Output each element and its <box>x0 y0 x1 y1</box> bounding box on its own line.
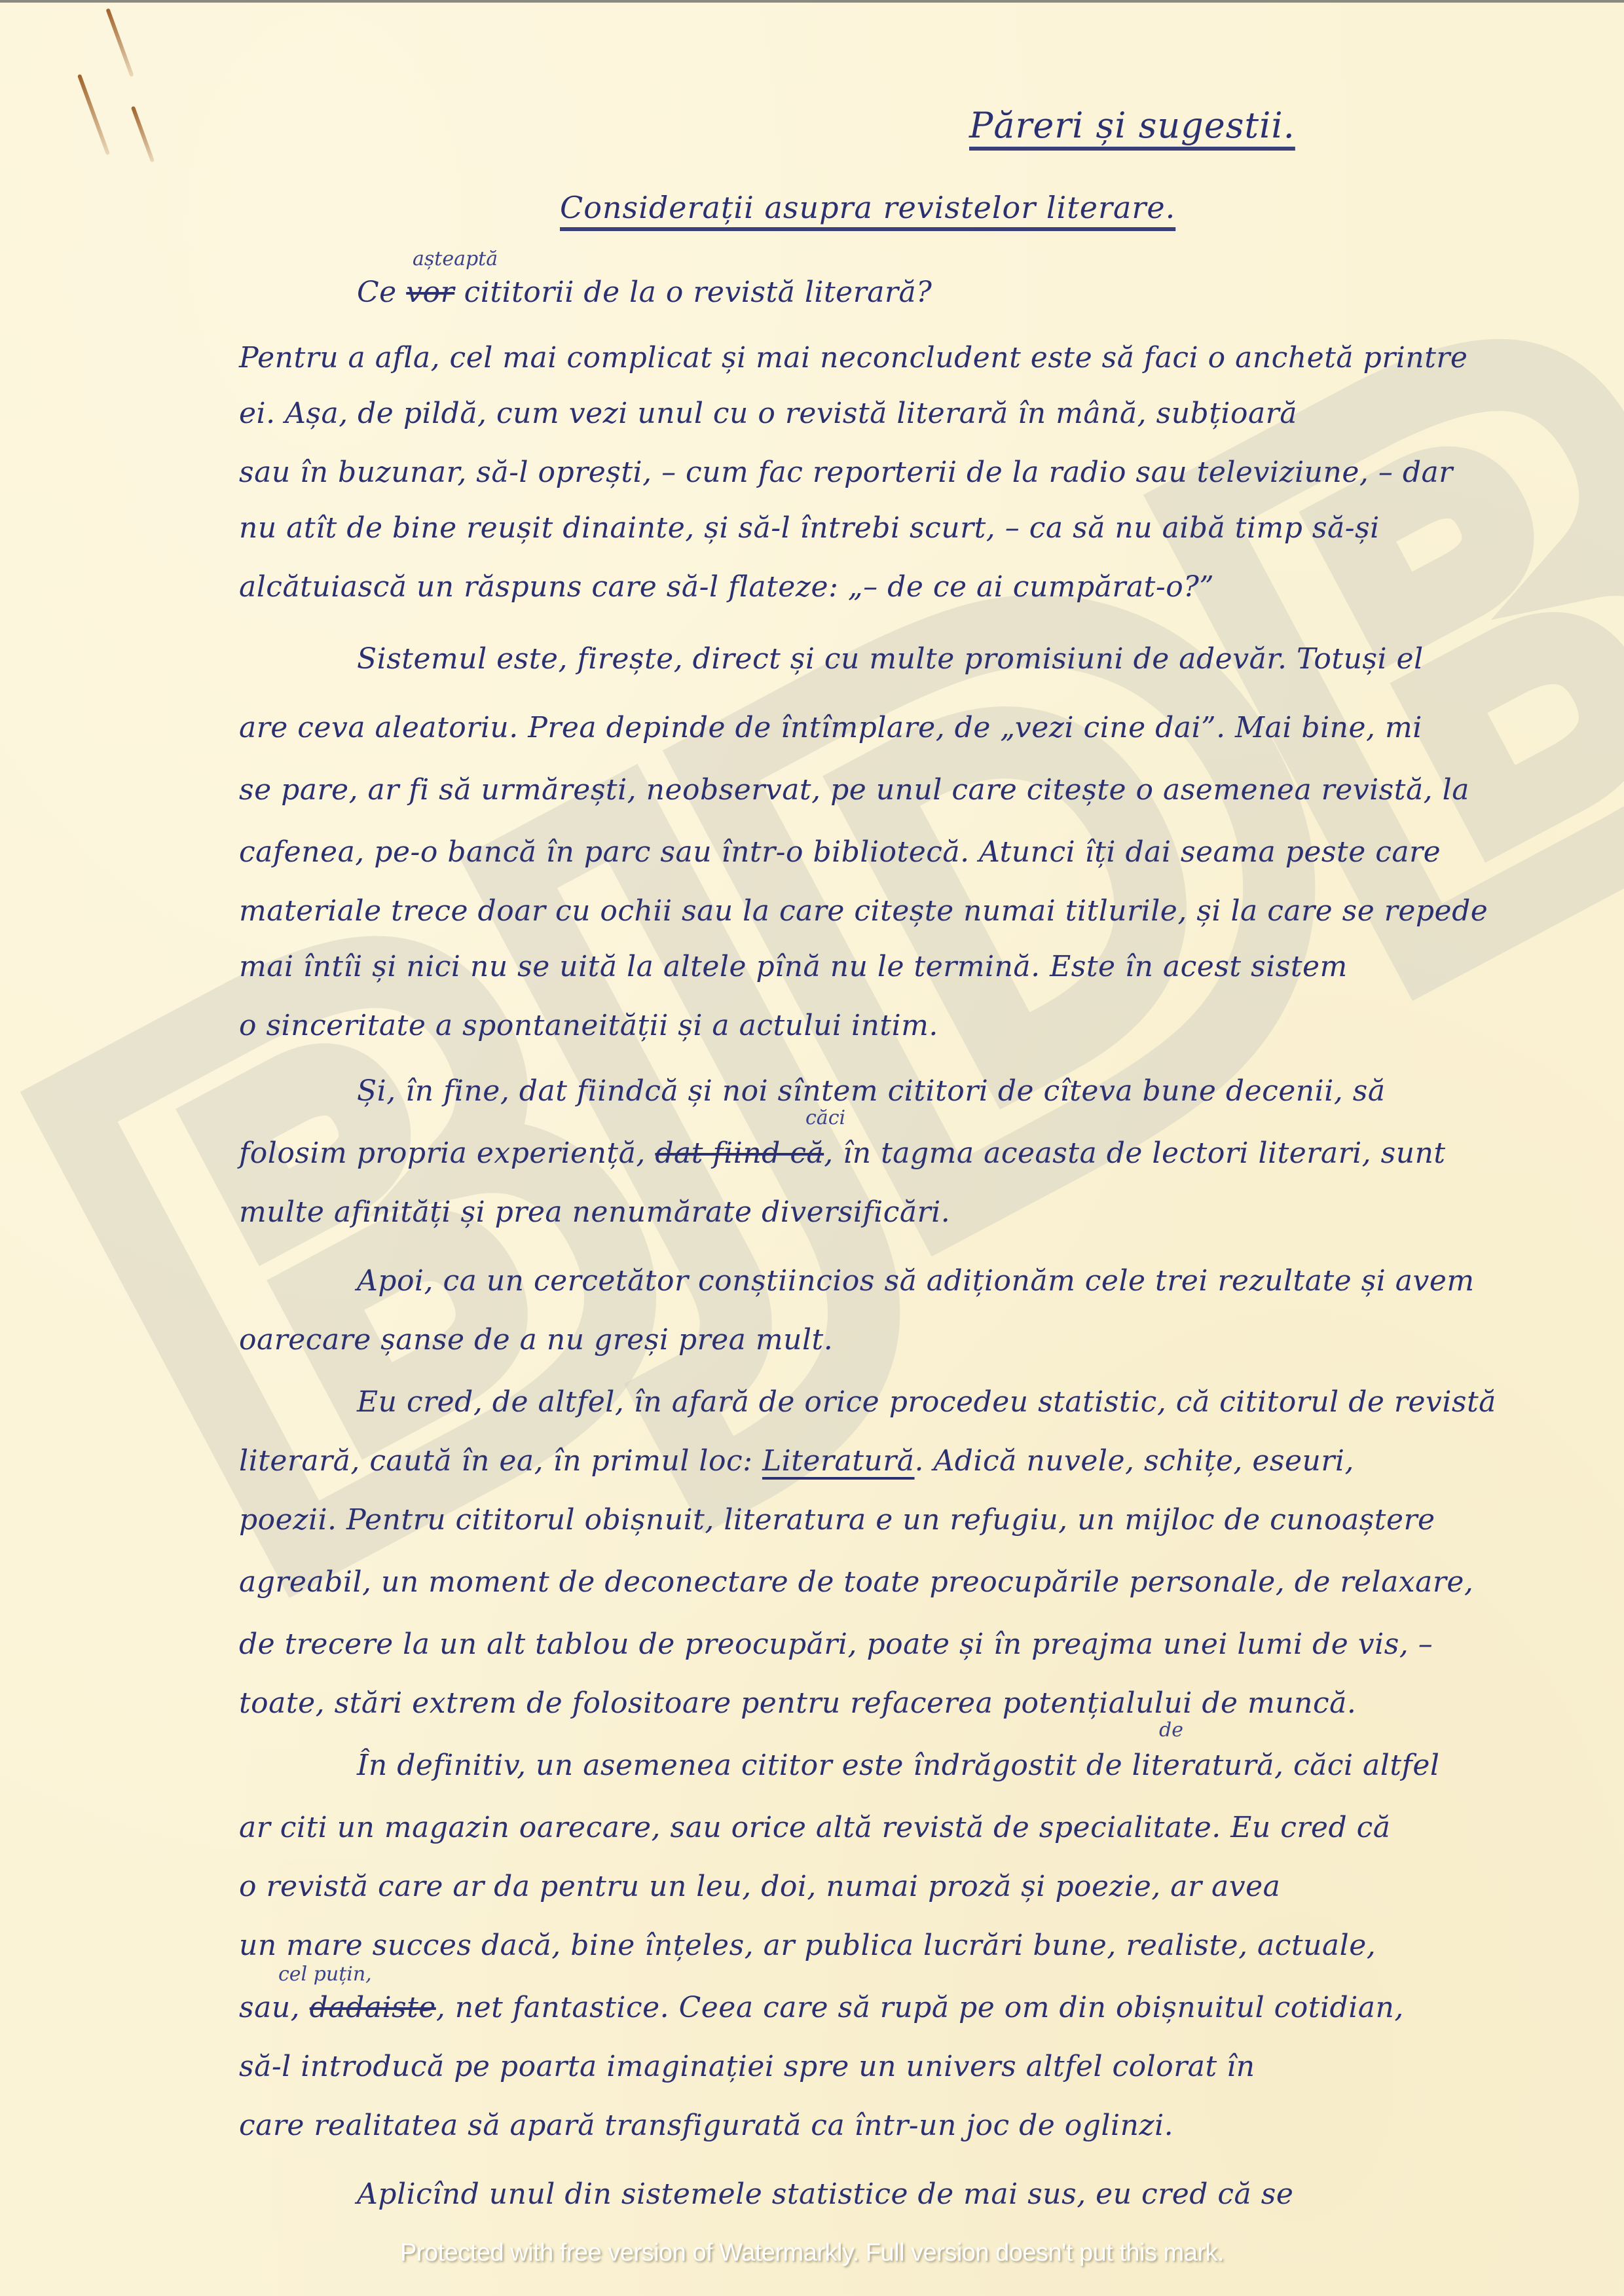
struck-word: vor <box>406 276 454 309</box>
text-line: Sistemul este, firește, direct și cu mul… <box>357 645 1624 674</box>
line-part: în tagma aceasta de lectori literari, su… <box>843 1137 1445 1170</box>
text-line: are ceva aleatoriu. Prea depinde de întî… <box>239 714 1568 742</box>
text-line: alcătuiască un răspuns care să-l flateze… <box>239 573 1568 602</box>
insertion-de: de <box>1159 1719 1183 1741</box>
text-line-with-emphasis: literară, caută în ea, în primul loc: Li… <box>239 1447 1568 1476</box>
text-line: Pentru a afla, cel mai complicat și mai … <box>239 344 1568 373</box>
manuscript-page: Păreri și sugestii. Considerații asupra … <box>0 0 1624 2296</box>
text-line: agreabil, un moment de deconectare de to… <box>239 1568 1568 1597</box>
text-line: materiale trece doar cu ochii sau la car… <box>239 897 1568 926</box>
insertion-asteapta: așteaptă <box>413 247 498 270</box>
text-line: să-l introducă pe poarta imaginației spr… <box>239 2052 1568 2081</box>
text-line: Și, în fine, dat fiindcă și noi sîntem c… <box>357 1077 1624 1106</box>
line-part: folosim propria experiență, <box>239 1137 646 1170</box>
text-line: de trecere la un alt tablou de preocupăr… <box>239 1630 1568 1659</box>
watermark-notice: Protected with free version of Watermark… <box>0 2239 1624 2267</box>
document-title: Considerații asupra revistelor literare. <box>560 190 1175 225</box>
underlined-word: Literatură <box>762 1444 915 1478</box>
text-line: Aplicînd unul din sistemele statistice d… <box>357 2180 1624 2209</box>
text-line: poezii. Pentru cititorul obișnuit, liter… <box>239 1506 1568 1535</box>
text-line: toate, stări extrem de folositoare pentr… <box>239 1689 1568 1718</box>
line-part: . Adică nuvele, schițe, eseuri, <box>915 1444 1354 1478</box>
insertion-caci: căci <box>805 1106 845 1129</box>
text-line: Eu cred, de altfel, în afară de orice pr… <box>357 1388 1624 1417</box>
line-part: literară, caută în ea, în primul loc: <box>239 1444 752 1478</box>
insertion-cel-putin: cel puțin, <box>278 1963 372 1986</box>
text-line: un mare succes dacă, bine înțeles, ar pu… <box>239 1931 1568 1960</box>
text-line: ei. Așa, de pildă, cum vezi unul cu o re… <box>239 399 1568 428</box>
text-line: oarecare șanse de a nu greși prea mult. <box>239 1326 1568 1355</box>
text-line: Apoi, ca un cercetător conștiincios să a… <box>357 1267 1624 1296</box>
text-line: care realitatea să apară transfigurată c… <box>239 2111 1568 2140</box>
text-line: cafenea, pe-o bancă în parc sau într-o b… <box>239 838 1568 867</box>
text-line-with-correction: folosim propria experiență, dat fiind că… <box>239 1139 1568 1168</box>
struck-word: dadaiste <box>310 1991 436 2024</box>
text-line: multe afinități și prea nenumărate diver… <box>239 1198 1568 1227</box>
page-header: Păreri și sugestii. <box>969 105 1295 146</box>
text-line: sau în buzunar, să-l oprești, – cum fac … <box>239 458 1568 487</box>
question-prefix: Ce <box>357 276 397 309</box>
text-line: o revistă care ar da pentru un leu, doi,… <box>239 1872 1568 1901</box>
text-line: se pare, ar fi să urmărești, neobservat,… <box>239 776 1568 805</box>
text-line-with-correction: sau, dadaiste, net fantastice. Ceea care… <box>239 1994 1568 2022</box>
question-line: Ce vor cititorii de la o revistă literar… <box>357 278 1624 307</box>
text-line: ar citi un magazin oarecare, sau orice a… <box>239 1813 1568 1842</box>
struck-phrase: dat fiind că <box>655 1137 824 1170</box>
text-line: o sinceritate a spontaneității și a actu… <box>239 1011 1568 1040</box>
text-line: nu atît de bine reușit dinainte, și să-l… <box>239 514 1568 543</box>
line-part: sau, <box>239 1991 300 2024</box>
line-part: net fantastice. Ceea care să rupă pe om … <box>455 1991 1404 2024</box>
question-rest: cititorii de la o revistă literară? <box>464 276 932 309</box>
text-line: mai întîi și nici nu se uită la altele p… <box>239 953 1568 981</box>
text-line: În definitiv, un asemenea cititor este î… <box>357 1751 1624 1780</box>
